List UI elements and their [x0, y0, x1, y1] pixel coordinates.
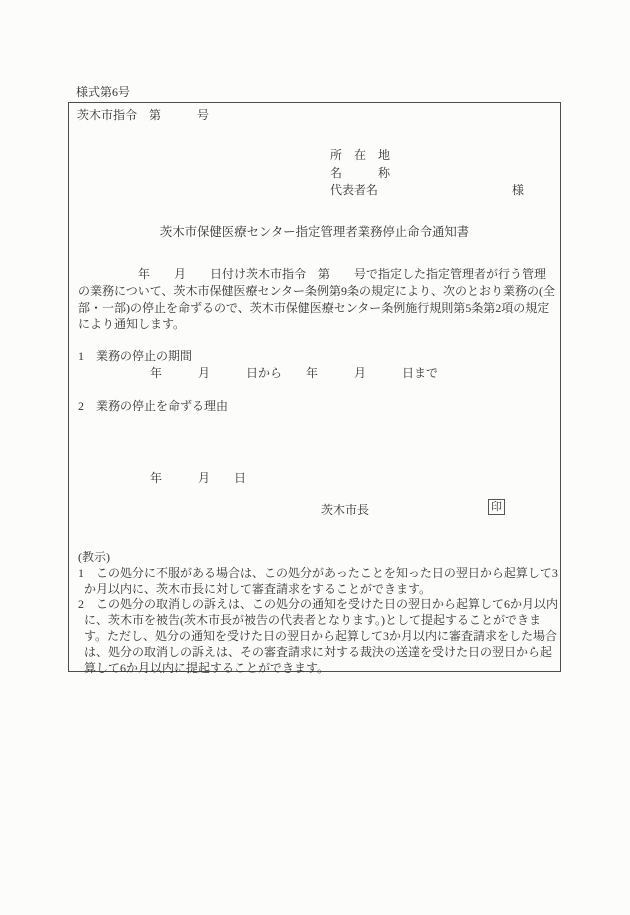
recipient-representative-label: 代表者名 [330, 182, 390, 200]
appeal-instructions-block: (教示) 1 この処分に不服がある場合は、この処分があったことを知った日の翌日か… [78, 550, 559, 676]
kyoji-item1-line: か月以内に、茨木市長に対して審査請求をすることができます。 [78, 582, 559, 598]
body-paragraph-line: 年 月 日付け茨木市指令 第 号で指定した指定管理者が行う管理 [78, 266, 555, 283]
section-suspension-period: 1 業務の停止の期間 年 月 日から 年 月 日まで [78, 348, 438, 382]
body-paragraph-line: の業務について、茨木市保健医療センター条例第9条の規定により、次のとおり業務の(… [78, 283, 555, 300]
document-title: 茨木市保健医療センター指定管理者業務停止命令通知書 [69, 222, 560, 240]
section2-heading: 2 業務の停止を命ずる理由 [78, 398, 228, 414]
document-page: { "form": { "form_number": "様式第6号", "dir… [0, 0, 630, 915]
kyoji-item2-line: す。ただし、処分の通知を受けた日の翌日から起算して3か月以内に審査請求をした場合 [78, 629, 559, 645]
seal-mark: 印 [488, 499, 505, 515]
document-frame: 茨木市指令 第 号 所 在 地 名 称 代表者名 様 茨木市保健医療センター指定… [68, 102, 561, 672]
form-number: 様式第6号 [76, 84, 130, 100]
issue-date-line: 年 月 日 [78, 470, 246, 486]
section-suspension-reason: 2 業務の停止を命ずる理由 [78, 398, 228, 414]
kyoji-heading: (教示) [78, 550, 559, 566]
recipient-name-label: 名 称 [330, 165, 390, 183]
kyoji-item2-line: に、茨木市を被告(茨木市長が被告の代表者となります。)として提起することができま [78, 613, 559, 629]
body-paragraph: 年 月 日付け茨木市指令 第 号で指定した指定管理者が行う管理 の業務について、… [78, 266, 555, 333]
kyoji-item1-line: 1 この処分に不服がある場合は、この処分があったことを知った日の翌日から起算して… [78, 566, 559, 582]
kyoji-item2-line: 2 この処分の取消しの訴えは、この処分の通知を受けた日の翌日から起算して6か月以… [78, 597, 559, 613]
directive-number-line: 茨木市指令 第 号 [77, 107, 209, 123]
kyoji-item2-line: は、処分の取消しの訴えは、その審査請求に対する裁決の送達を受けた日の翌日から起 [78, 645, 559, 661]
section1-heading: 1 業務の停止の期間 [78, 348, 438, 365]
kyoji-item2-line: 算して6か月以内に提起することができます。 [78, 661, 559, 677]
section1-period-line: 年 月 日から 年 月 日まで [78, 365, 438, 382]
recipient-block: 所 在 地 名 称 代表者名 [330, 147, 390, 200]
body-paragraph-line: 部・一部)の停止を命ずるので、茨木市保健医療センター条例施行規則第5条第2項の規… [78, 300, 555, 317]
body-paragraph-line: により通知します。 [78, 316, 555, 333]
issuer-label: 茨木市長 [321, 502, 369, 518]
recipient-honorific: 様 [512, 182, 524, 198]
recipient-address-label: 所 在 地 [330, 147, 390, 165]
